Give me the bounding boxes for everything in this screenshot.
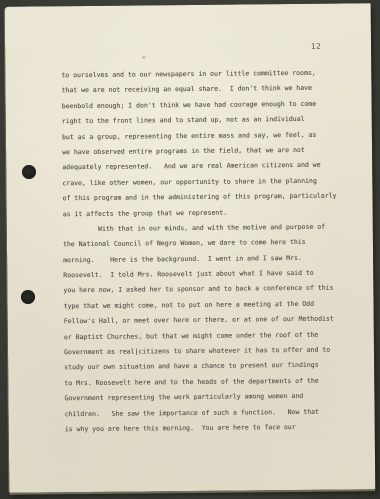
page-number: 12 xyxy=(311,42,321,51)
hole-punch-top-icon xyxy=(22,165,36,179)
text-line: to Mrs. Roosevelt here and to the heads … xyxy=(64,373,354,391)
text-line: With that in our minds, and with the mot… xyxy=(63,219,353,237)
scanned-document-background: 12 to ourselves and to our newspapers in… xyxy=(0,0,380,499)
text-line: of this program and in the administering… xyxy=(62,189,352,207)
text-line: is why you are here this morning. You ar… xyxy=(65,419,355,437)
text-line: but as a group, representing the entire … xyxy=(62,127,352,145)
hole-punch-bottom-icon xyxy=(21,290,35,304)
document-page: 12 to ourselves and to our newspapers in… xyxy=(5,3,376,492)
typewritten-text: to ourselves and to our newspapers in ou… xyxy=(61,65,355,437)
text-line: children. She saw the importance of such… xyxy=(65,404,355,422)
smudge-mark xyxy=(142,56,145,58)
text-line: beenbold enough; I don't think we have h… xyxy=(62,96,352,114)
